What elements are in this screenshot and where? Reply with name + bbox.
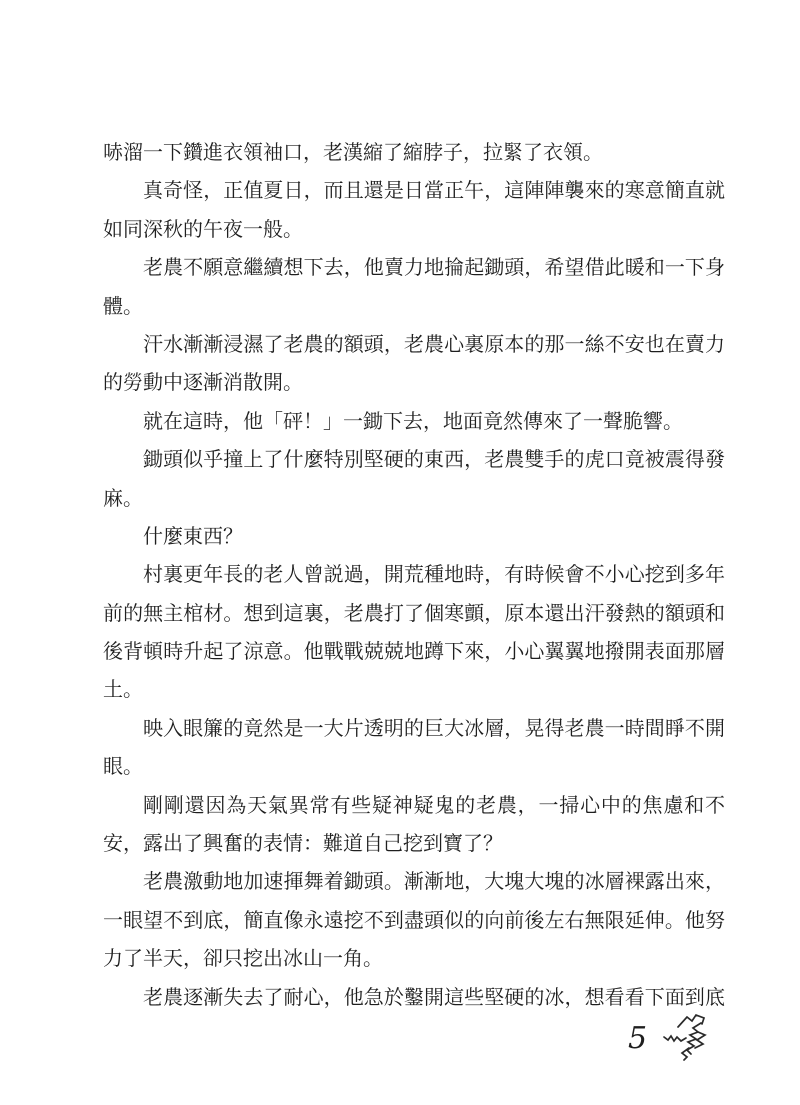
text-line: 老農不願意繼續想下去，他賣力地掄起鋤頭，希望借此暖和一下身: [103, 249, 725, 287]
text-line: 力了半天，卻只挖出冰山一角。: [103, 940, 725, 978]
text-line: 就在這時，他「砰！」一鋤下去，地面竟然傳來了一聲脆響。: [103, 403, 725, 441]
text-line: 前的無主棺材。想到這裏，老農打了個寒顫，原本還出汗發熱的額頭和: [103, 595, 725, 633]
text-line: 一眼望不到底，簡直像永遠挖不到盡頭似的向前後左右無限延伸。他努: [103, 902, 725, 940]
text-line: 麻。: [103, 480, 725, 518]
text-line: 如同深秋的午夜一般。: [103, 211, 725, 249]
crack-doodle-icon: [661, 1005, 713, 1061]
text-line: 汗水漸漸浸濕了老農的額頭，老農心裏原本的那一絲不安也在賣力: [103, 326, 725, 364]
text-line: 映入眼簾的竟然是一大片透明的巨大冰層，晃得老農一時間睜不開: [103, 710, 725, 748]
text-line: 真奇怪，正值夏日，而且還是日當正午，這陣陣襲來的寒意簡直就: [103, 172, 725, 210]
text-line: 安，露出了興奮的表情：難道自己挖到寶了？: [103, 825, 725, 863]
text-line: 什麼東西？: [103, 518, 725, 556]
book-page: 哧溜一下鑽進衣領袖口，老漢縮了縮脖子，拉緊了衣領。 真奇怪，正值夏日，而且還是日…: [0, 0, 800, 1105]
page-footer: 5: [628, 1003, 768, 1073]
text-line: 體。: [103, 288, 725, 326]
text-line: 鋤頭似乎撞上了什麼特別堅硬的東西，老農雙手的虎口竟被震得發: [103, 441, 725, 479]
page-number: 5: [628, 1024, 647, 1054]
text-line: 土。: [103, 671, 725, 709]
text-line: 的勞動中逐漸消散開。: [103, 364, 725, 402]
text-line: 剛剛還因為天氣異常有些疑神疑鬼的老農，一掃心中的焦慮和不: [103, 787, 725, 825]
page-text: 哧溜一下鑽進衣領袖口，老漢縮了縮脖子，拉緊了衣領。 真奇怪，正值夏日，而且還是日…: [103, 134, 725, 1017]
text-line: 後背頓時升起了涼意。他戰戰兢兢地蹲下來，小心翼翼地撥開表面那層: [103, 633, 725, 671]
text-line: 村裏更年長的老人曾説過，開荒種地時，有時候會不小心挖到多年: [103, 556, 725, 594]
text-line: 老農激動地加速揮舞着鋤頭。漸漸地，大塊大塊的冰層裸露出來，: [103, 863, 725, 901]
text-line: 眼。: [103, 748, 725, 786]
text-line: 哧溜一下鑽進衣領袖口，老漢縮了縮脖子，拉緊了衣領。: [103, 134, 725, 172]
